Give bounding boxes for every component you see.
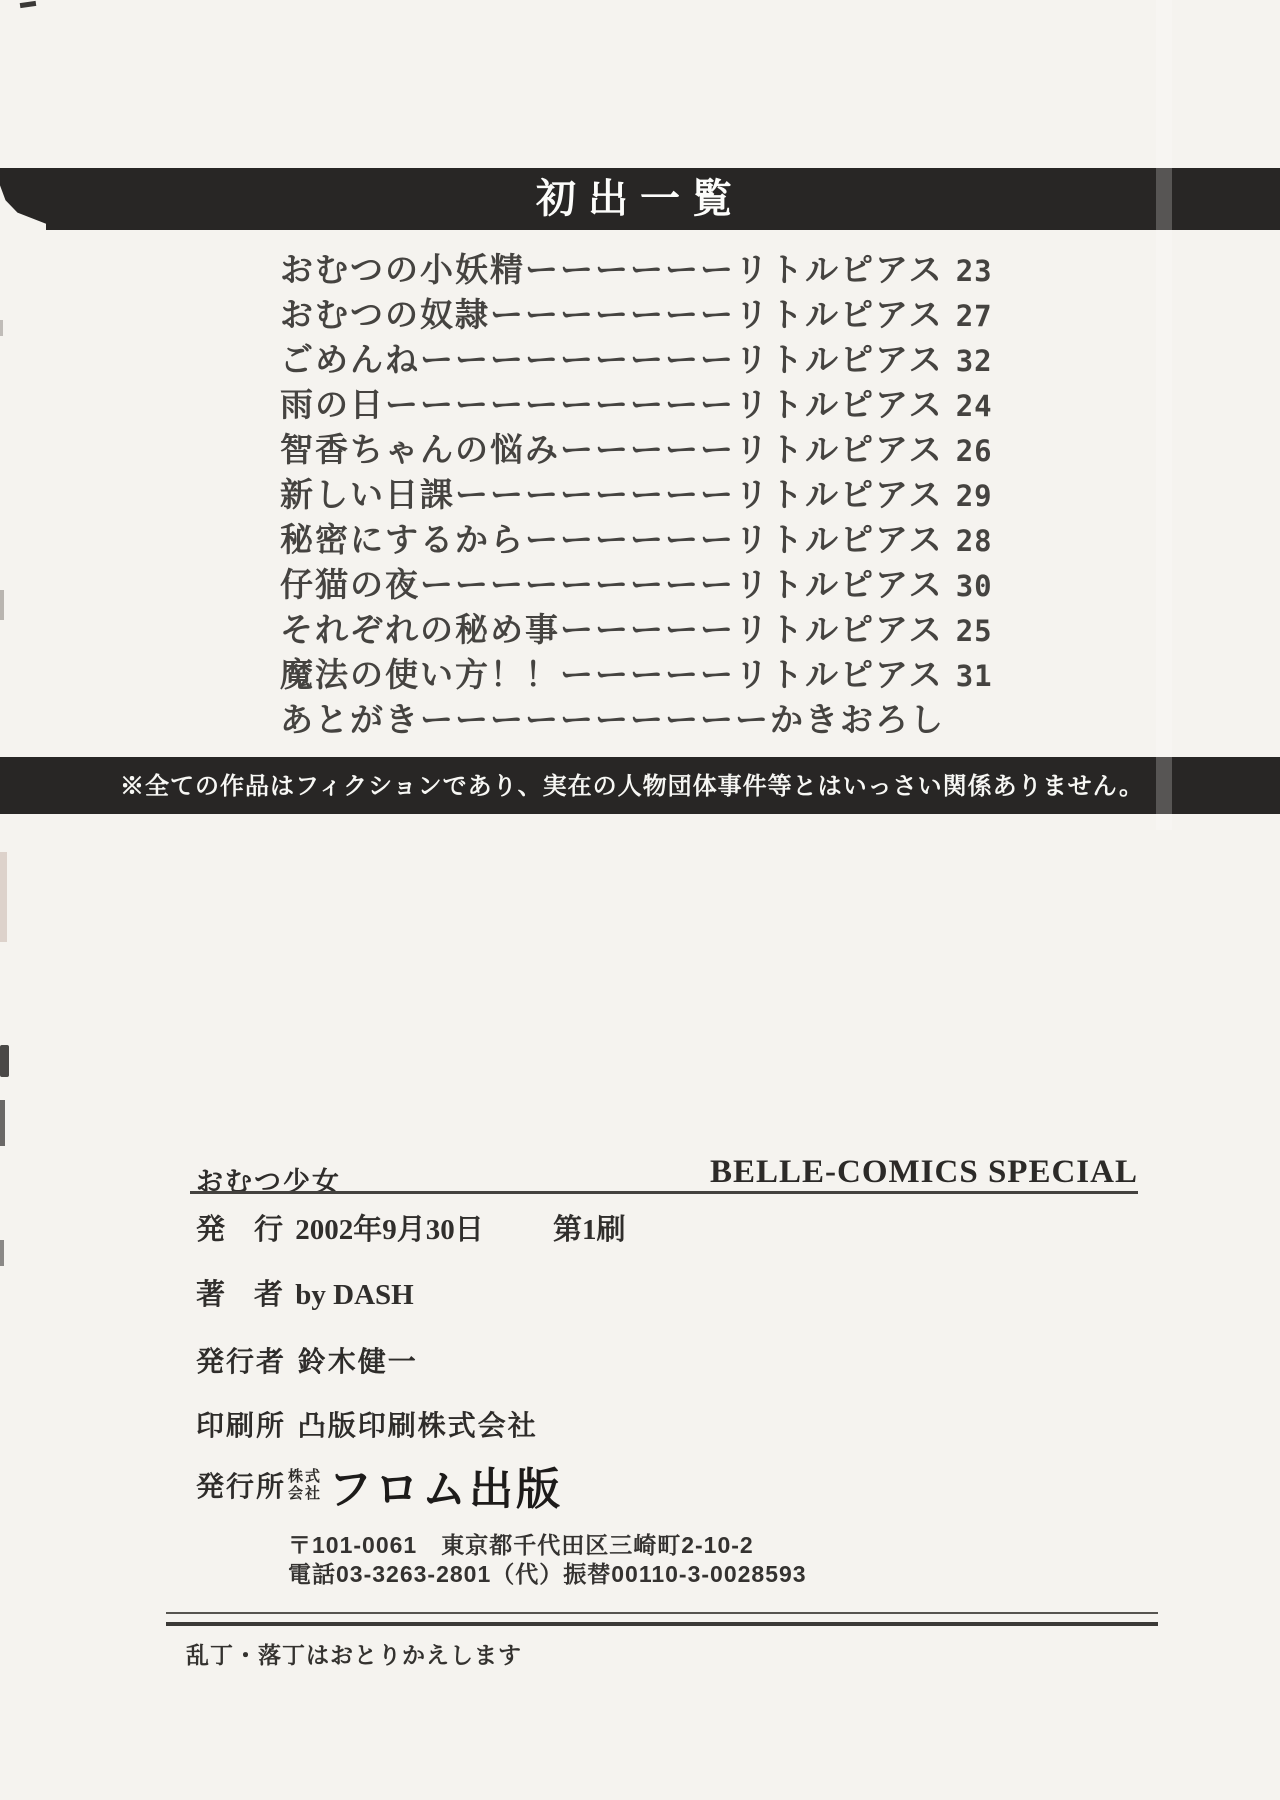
toc-entry-title: それぞれの秘め事ーーーーーリトルピアス bbox=[280, 611, 944, 648]
toc-entry-title: 智香ちゃんの悩みーーーーーリトルピアス bbox=[280, 431, 944, 468]
toc-entry-title: おむつの小妖精ーーーーーーリトルピアス bbox=[280, 251, 944, 288]
scan-streak-artifact bbox=[1156, 0, 1172, 830]
toc-entry-title: ごめんねーーーーーーーーーリトルピアス bbox=[280, 341, 944, 378]
publish-date: 2002年9月30日 bbox=[295, 1214, 484, 1246]
toc-entry-title: 魔法の使い方！！ーーーーーリトルピアス bbox=[280, 656, 944, 693]
first-publication-list: おむつの小妖精ーーーーーーリトルピアス23 おむつの奴隷ーーーーーーーリトルピア… bbox=[280, 247, 993, 742]
toc-entry-page: 23 bbox=[956, 254, 993, 288]
corporation-prefix-top: 株式 bbox=[288, 1468, 322, 1485]
publisher-person-label: 発行者 bbox=[196, 1340, 288, 1380]
toc-entry-title: 雨の日ーーーーーーーーーーリトルピアス bbox=[280, 386, 944, 423]
toc-row: おむつの小妖精ーーーーーーリトルピアス23 bbox=[280, 247, 993, 292]
scan-artifact bbox=[0, 590, 4, 620]
toc-row: ごめんねーーーーーーーーーリトルピアス32 bbox=[280, 337, 993, 382]
publisher-row: 発行所 株式 会社 フロム出版 bbox=[196, 1458, 563, 1512]
disclaimer-banner: ※全ての作品はフィクションであり、実在の人物団体事件等とはいっさい関係ありません… bbox=[0, 757, 1280, 814]
scan-artifact bbox=[0, 1045, 9, 1077]
toc-entry-page: 32 bbox=[956, 344, 993, 378]
toc-entry-page: 30 bbox=[956, 569, 993, 603]
toc-entry-title: 仔猫の夜ーーーーーーーーーリトルピアス bbox=[280, 566, 944, 603]
printer-label: 印刷所 bbox=[196, 1404, 288, 1444]
toc-row: あとがきーーーーーーーーーーかきおろし bbox=[280, 697, 993, 742]
toc-entry-page: 31 bbox=[956, 659, 993, 693]
scan-artifact bbox=[20, 1, 37, 8]
toc-row: それぞれの秘め事ーーーーーリトルピアス25 bbox=[280, 607, 993, 652]
toc-row: 雨の日ーーーーーーーーーーリトルピアス24 bbox=[280, 382, 993, 427]
publish-label: 発 行 bbox=[196, 1207, 288, 1248]
publisher-person-name: 鈴木健一 bbox=[298, 1346, 418, 1377]
toc-entry-page: 26 bbox=[956, 434, 993, 468]
banner-title: 初出一覧 bbox=[0, 168, 1280, 230]
toc-row: 智香ちゃんの悩みーーーーーリトルピアス26 bbox=[280, 427, 993, 472]
colophon-header-rule bbox=[190, 1191, 1138, 1194]
publisher-contact: 電話03-3263-2801（代）振替00110-3-0028593 bbox=[288, 1556, 807, 1589]
author-label: 著 者 bbox=[196, 1272, 288, 1313]
bottom-rule-thin bbox=[166, 1612, 1158, 1614]
toc-row: 秘密にするからーーーーーーリトルピアス28 bbox=[280, 517, 993, 562]
toc-row: 仔猫の夜ーーーーーーーーーリトルピアス30 bbox=[280, 562, 993, 607]
toc-entry-title: 秘密にするからーーーーーーリトルピアス bbox=[280, 521, 944, 558]
toc-entry-page: 27 bbox=[956, 299, 993, 333]
disclaimer-text: ※全ての作品はフィクションであり、実在の人物団体事件等とはいっさい関係ありません… bbox=[0, 757, 1280, 816]
scan-artifact bbox=[0, 852, 7, 942]
toc-entry-page: 25 bbox=[956, 614, 993, 648]
toc-entry-title: 新しい日課ーーーーーーーーリトルピアス bbox=[280, 476, 944, 513]
corporation-prefix-bottom: 会社 bbox=[288, 1485, 322, 1502]
series-title: BELLE-COMICS SPECIAL bbox=[710, 1154, 1138, 1191]
toc-entry-title: おむつの奴隷ーーーーーーーリトルピアス bbox=[280, 296, 944, 333]
printer-row: 印刷所 凸版印刷株式会社 bbox=[196, 1404, 538, 1444]
edition: 第1刷 bbox=[553, 1214, 626, 1246]
author-row: 著 者 by DASH bbox=[196, 1272, 414, 1313]
first-publication-banner: 初出一覧 bbox=[0, 168, 1280, 230]
bottom-rule-thick bbox=[166, 1622, 1158, 1626]
scan-artifact bbox=[0, 1100, 5, 1146]
toc-row: 新しい日課ーーーーーーーーリトルピアス29 bbox=[280, 472, 993, 517]
publisher-label: 発行所 bbox=[196, 1465, 288, 1505]
toc-entry-page: 24 bbox=[956, 389, 993, 423]
toc-row: おむつの奴隷ーーーーーーーリトルピアス27 bbox=[280, 292, 993, 337]
scan-artifact bbox=[0, 1240, 4, 1266]
publisher-name: フロム出版 bbox=[328, 1453, 563, 1517]
toc-entry-title: あとがきーーーーーーーーーーかきおろし bbox=[280, 701, 945, 738]
author-name: by DASH bbox=[295, 1279, 413, 1311]
printer-name: 凸版印刷株式会社 bbox=[298, 1410, 538, 1441]
toc-entry-page: 28 bbox=[956, 524, 993, 558]
publisher-person-row: 発行者 鈴木健一 bbox=[196, 1340, 418, 1380]
toc-row: 魔法の使い方！！ーーーーーリトルピアス31 bbox=[280, 652, 993, 697]
return-policy-note: 乱丁・落丁はおとりかえします bbox=[186, 1637, 522, 1670]
scan-artifact bbox=[0, 320, 3, 336]
publish-date-row: 発 行 2002年9月30日 第1刷 bbox=[196, 1207, 626, 1248]
corporation-prefix: 株式 会社 bbox=[288, 1468, 322, 1502]
toc-entry-page: 29 bbox=[956, 479, 993, 513]
